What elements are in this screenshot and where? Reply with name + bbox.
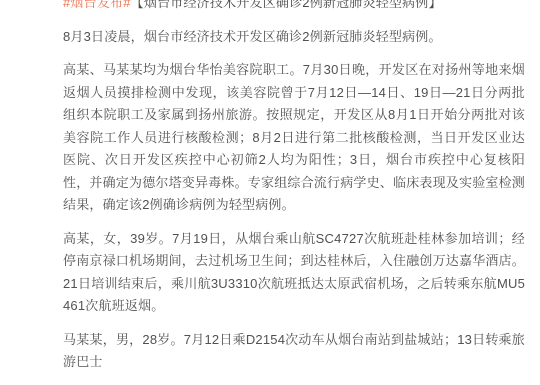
- post-title: 【烟台市经济技术开发区确诊2例新冠肺炎轻型病例】: [131, 0, 442, 10]
- announcement-post: #烟台发布#【烟台市经济技术开发区确诊2例新冠肺炎轻型病例】 8月3日凌晨，烟台…: [63, 0, 525, 320]
- post-title-line: #烟台发布#【烟台市经济技术开发区确诊2例新冠肺炎轻型病例】: [63, 0, 525, 15]
- paragraph-summary: 8月3日凌晨，烟台市经济技术开发区确诊2例新冠肺炎轻型病例。: [63, 26, 525, 49]
- paragraph-case-background: 高某、马某某均为烟台华怡美容院职工。7月30日晚，开发区在对扬州等地来烟返烟人员…: [63, 59, 525, 217]
- hashtag-topic-link[interactable]: #烟台发布#: [63, 0, 131, 10]
- paragraph-case-gao-itinerary: 高某，女，39岁。7月19日，从烟台乘山航SC4727次航班赴桂林参加培训；经停…: [63, 228, 525, 318]
